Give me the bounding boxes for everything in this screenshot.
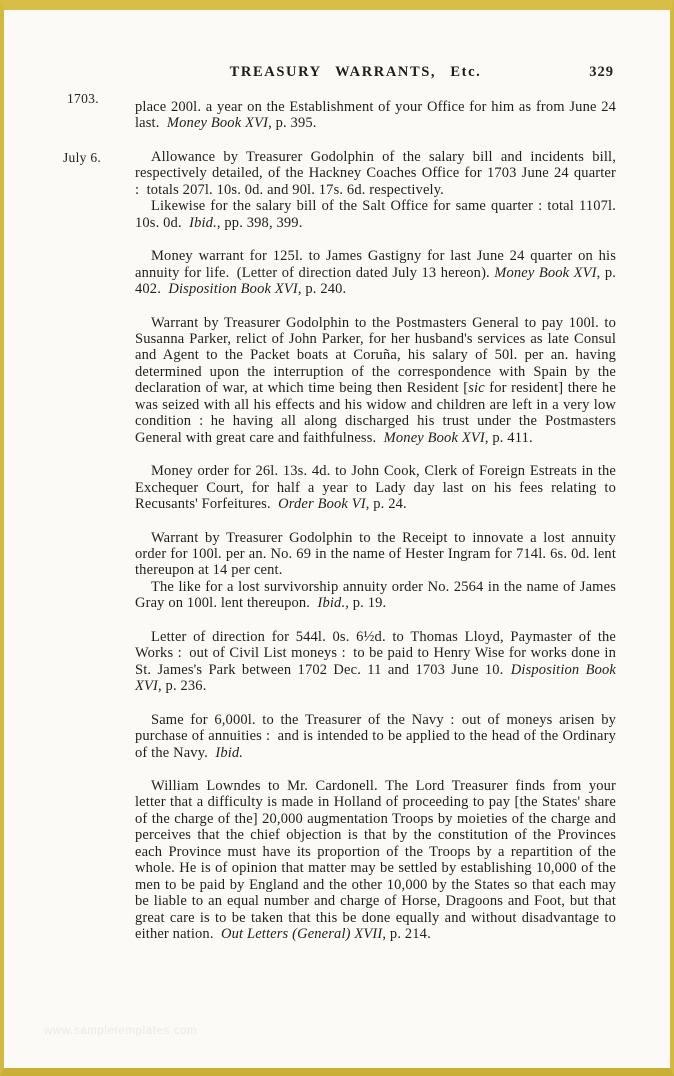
book-reference: Money Book XVI (494, 265, 596, 281)
calendar-entry: Letter of direction for 544l. 0s. 6½d. t… (135, 629, 616, 695)
calendar-entry: place 200l. a year on the Establishment … (135, 99, 616, 132)
calendar-entry: Money warrant for 125l. to James Gastign… (135, 248, 616, 297)
text-run: , p. 24. (366, 496, 407, 512)
paragraph: Warrant by Treasurer Godolphin to the Re… (135, 530, 616, 579)
calendar-entry: Warrant by Treasurer Godolphin to the Po… (135, 315, 616, 447)
page-number: 329 (589, 64, 614, 81)
text-run: , p. 19. (345, 595, 386, 611)
paragraph: Same for 6,000l. to the Treasurer of the… (135, 712, 616, 761)
calendar-entry: Same for 6,000l. to the Treasurer of the… (135, 712, 616, 761)
book-reference: Order Book VI (278, 496, 366, 512)
paragraph: William Lowndes to Mr. Cardonell. The Lo… (135, 778, 616, 943)
text-run: , p. 214. (382, 926, 430, 942)
paragraph: Warrant by Treasurer Godolphin to the Po… (135, 315, 616, 447)
text-column: place 200l. a year on the Establishment … (135, 99, 616, 942)
paragraph: The like for a lost survivorship annuity… (135, 579, 616, 612)
book-reference: Money Book XVI (167, 115, 268, 131)
margin-date-label: July 6. (63, 150, 101, 166)
calendar-entry: William Lowndes to Mr. Cardonell. The Lo… (135, 778, 616, 943)
paragraph: Letter of direction for 544l. 0s. 6½d. t… (135, 629, 616, 695)
running-title: TREASURY WARRANTS, Etc. (135, 64, 616, 81)
text-run: , p. 411. (485, 430, 533, 446)
paragraph: Likewise for the salary bill of the Salt… (135, 198, 616, 231)
text-run: William Lowndes to Mr. Cardonell. The Lo… (135, 778, 616, 942)
text-run: Same for 6,000l. to the Treasurer of the… (135, 712, 616, 761)
paragraph: Money order for 26l. 13s. 4d. to John Co… (135, 463, 616, 512)
calendar-entry: July 6.Allowance by Treasurer Godolphin … (135, 149, 616, 231)
text-run: Allowance by Treasurer Godolphin of the … (135, 149, 616, 198)
book-reference: sic (468, 380, 485, 396)
paragraph: Allowance by Treasurer Godolphin of the … (135, 149, 616, 198)
text-run: , pp. 398, 399. (217, 215, 303, 231)
watermark: www.sampletemplates.com (44, 1025, 197, 1037)
book-reference: Disposition Book XVI (168, 281, 297, 297)
margin-year-label: 1703. (67, 91, 99, 107)
page-header: TREASURY WARRANTS, Etc. 329 (135, 64, 616, 82)
text-run: , p. 236. (158, 678, 206, 694)
book-reference: Money Book XVI (384, 430, 485, 446)
calendar-entry: Warrant by Treasurer Godolphin to the Re… (135, 530, 616, 612)
text-run: , p. 240. (298, 281, 346, 297)
book-reference: Ibid. (318, 595, 346, 611)
paragraph: Money warrant for 125l. to James Gastign… (135, 248, 616, 297)
scanned-book-page: TREASURY WARRANTS, Etc. 329 1703. place … (0, 0, 674, 1076)
paragraph: place 200l. a year on the Establishment … (135, 99, 616, 132)
book-reference: Ibid. (189, 215, 217, 231)
book-reference: Out Letters (General) XVII (221, 926, 382, 942)
calendar-entry: Money order for 26l. 13s. 4d. to John Co… (135, 463, 616, 512)
text-run: Warrant by Treasurer Godolphin to the Re… (135, 530, 616, 579)
book-reference: Ibid. (215, 745, 243, 761)
text-run: , p. 395. (268, 115, 316, 131)
